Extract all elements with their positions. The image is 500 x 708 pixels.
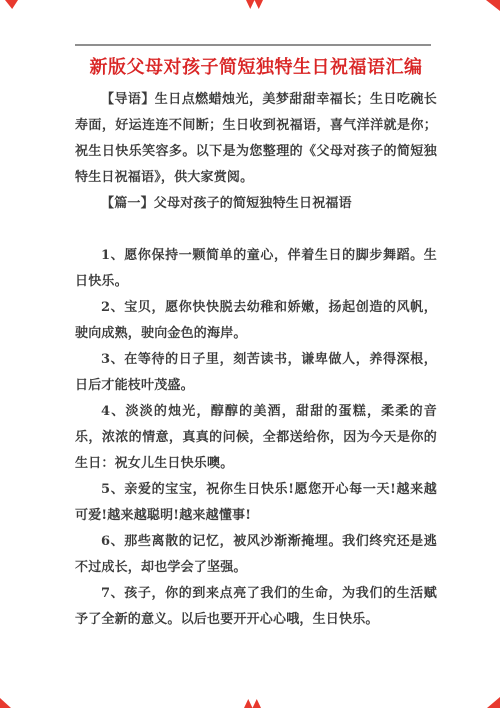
section-heading: 【篇一】父母对孩子的简短独特生日祝福语	[75, 191, 437, 217]
blessing-item-5: 5、亲爱的宝宝，祝你生日快乐!愿您开心每一天!越来越可爱!越来越聪明!越来越懂事…	[75, 477, 437, 529]
cut-mark-top-right-icon	[486, 0, 500, 11]
blessing-item-6: 6、那些离散的记忆，被风沙渐渐掩埋。我们终究还是逃不过成长，却也学会了坚强。	[75, 529, 437, 581]
cut-mark-bottom-center-icon	[244, 699, 261, 708]
blessing-item-4: 4、淡淡的烛光，醇醇的美酒，甜甜的蛋糕，柔柔的音乐，浓浓的情意，真真的问候，全都…	[75, 399, 437, 477]
cut-mark-bottom-right-icon	[487, 697, 500, 708]
document-page: 新版父母对孩子简短独特生日祝福语汇编 【导语】生日点燃蜡烛光，美梦甜甜幸福长；生…	[0, 0, 500, 708]
cut-mark-bottom-left-icon	[0, 698, 11, 708]
intro-paragraph: 【导语】生日点燃蜡烛光，美梦甜甜幸福长；生日吃碗长寿面，好运连连不间断；生日收到…	[75, 87, 437, 191]
blessing-item-3: 3、在等待的日子里，刻苦读书，谦卑做人，养得深根，日后才能枝叶茂盛。	[75, 347, 437, 399]
cut-mark-top-left-icon	[5, 0, 18, 9]
blank-line	[75, 217, 437, 243]
blessing-item-7: 7、孩子，你的到来点亮了我们的生命，为我们的生活赋予了全新的意义。以后也要开开心…	[75, 581, 437, 633]
document-title: 新版父母对孩子简短独特生日祝福语汇编	[75, 52, 437, 84]
blessing-item-1: 1、愿你保持一颗简单的童心，伴着生日的脚步舞蹈。生日快乐。	[75, 243, 437, 295]
document-content: 新版父母对孩子简短独特生日祝福语汇编 【导语】生日点燃蜡烛光，美梦甜甜幸福长；生…	[75, 0, 437, 633]
blessing-item-2: 2、宝贝，愿你快快脱去幼稚和娇嫩，扬起创造的风帆，驶向成熟，驶向金色的海岸。	[75, 295, 437, 347]
